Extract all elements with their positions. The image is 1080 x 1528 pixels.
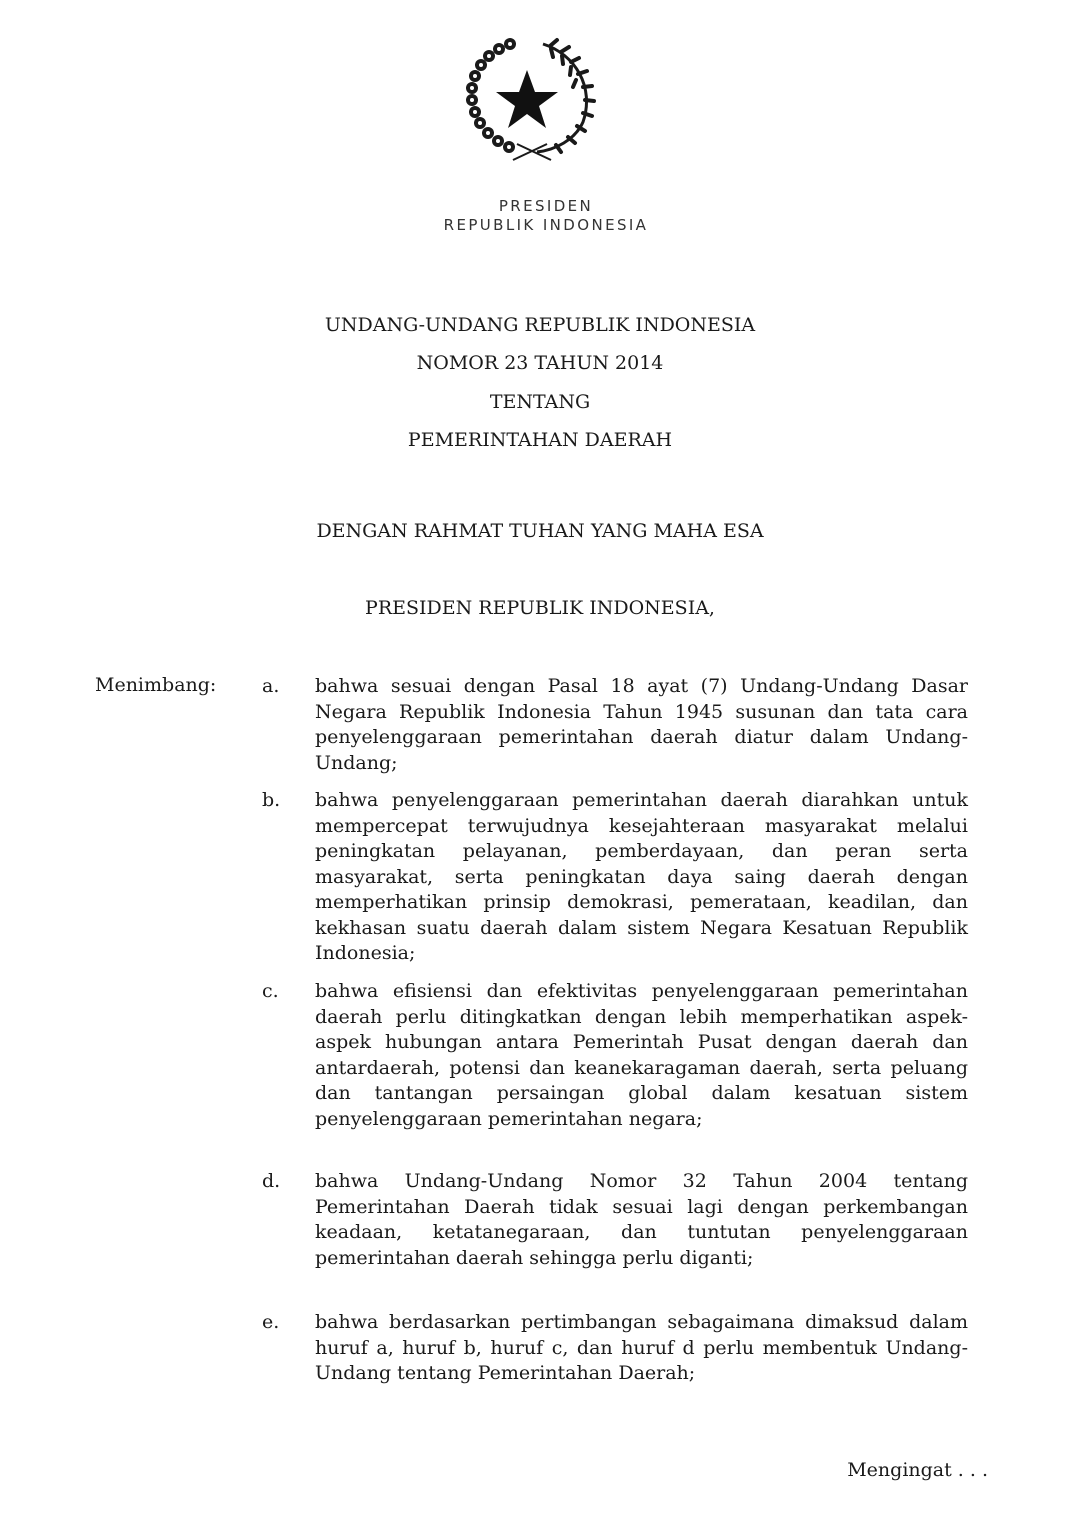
item-text: bahwa berdasarkan pertimbangan sebagaima… (315, 1310, 968, 1387)
law-title: UNDANG-UNDANG REPUBLIK INDONESIA (0, 314, 1080, 336)
letterhead-president: PRESIDEN (0, 197, 1080, 215)
item-text: bahwa sesuai dengan Pasal 18 ayat (7) Un… (315, 674, 968, 776)
item-text: bahwa penyelenggaraan pemerintahan daera… (315, 788, 968, 967)
item-text: bahwa Undang-Undang Nomor 32 Tahun 2004 … (315, 1169, 968, 1271)
presidential-emblem-icon (455, 32, 600, 167)
item-letter: b. (262, 788, 280, 814)
law-number: NOMOR 23 TAHUN 2014 (0, 352, 1080, 374)
item-text: bahwa efisiensi dan efektivitas penyelen… (315, 979, 968, 1132)
continuation-catchword: Mengingat . . . (847, 1459, 988, 1481)
consideration-item: a. bahwa sesuai dengan Pasal 18 ayat (7)… (262, 674, 968, 776)
item-letter: d. (262, 1169, 280, 1195)
law-subject: PEMERINTAHAN DAERAH (0, 429, 1080, 451)
consideration-item: c. bahwa efisiensi dan efektivitas penye… (262, 979, 968, 1132)
item-letter: a. (262, 674, 279, 700)
item-letter: e. (262, 1310, 279, 1336)
consideration-item: d. bahwa Undang-Undang Nomor 32 Tahun 20… (262, 1169, 968, 1271)
invocation: DENGAN RAHMAT TUHAN YANG MAHA ESA (0, 520, 1080, 542)
letterhead-republic: REPUBLIK INDONESIA (0, 216, 1080, 234)
item-letter: c. (262, 979, 279, 1005)
consideration-item: b. bahwa penyelenggaraan pemerintahan da… (262, 788, 968, 967)
consideration-item: e. bahwa berdasarkan pertimbangan sebaga… (262, 1310, 968, 1387)
law-about: TENTANG (0, 391, 1080, 413)
enacting-authority: PRESIDEN REPUBLIK INDONESIA, (0, 597, 1080, 619)
considerations-label: Menimbang: (95, 674, 216, 696)
